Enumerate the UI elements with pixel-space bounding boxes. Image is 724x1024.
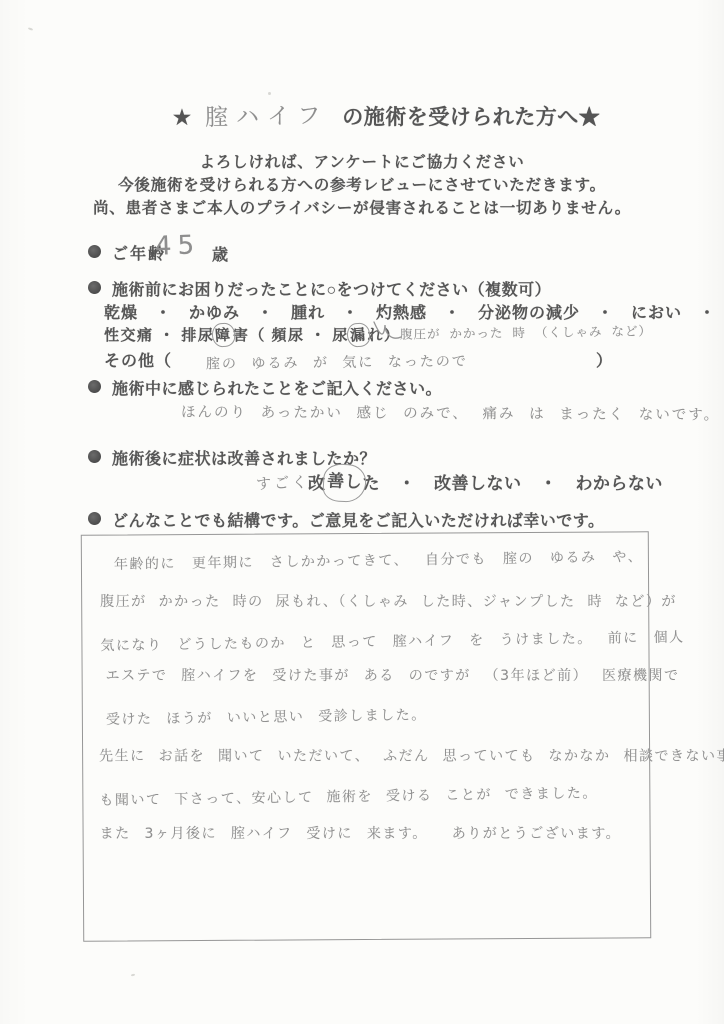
row2-note-handwritten: 腹圧が かかった 時 （くしゃみ など） bbox=[400, 321, 652, 343]
options-row2-text: 性交痛 ・ 排尿 bbox=[104, 327, 214, 344]
pre-treatment-question: 施術前にお困りだったことに○をつけてください（複数可） bbox=[112, 277, 551, 300]
options-row2-text: 害（ 頻尿 ・ 尿 bbox=[233, 327, 349, 344]
scan-speck bbox=[28, 27, 33, 31]
comment-line: 腹圧が かかった 時の 尿もれ、（くしゃみ した時、ジャンプした 時 など）が bbox=[100, 591, 677, 611]
other-option-label: その他（ bbox=[104, 348, 172, 371]
age-value-handwritten: 45 bbox=[154, 230, 200, 262]
title-text: の施術を受けられた方へ★ bbox=[342, 101, 600, 131]
comment-line: 気になり どうしたものか と 思って 腟ハイフ を うけました。 前に 個人 bbox=[100, 627, 684, 656]
option-unknown: わからない bbox=[575, 474, 663, 493]
bullet-icon bbox=[88, 450, 101, 463]
intro-line: 尚、患者さまご本人のプライバシーが侵害されることは一切ありません。 bbox=[0, 197, 724, 220]
comment-line: 受けた ほうが いいと思い 受診しました。 bbox=[106, 704, 427, 729]
bullet-icon bbox=[88, 281, 101, 294]
option-separator: ・ bbox=[540, 474, 558, 493]
other-option-close-paren: ） bbox=[596, 348, 612, 371]
during-treatment-answer-handwritten: ほんのり あったかい 感じ のみで、 痛み は まったく ないです。 bbox=[181, 401, 720, 425]
hand-circle-mark: 善し bbox=[322, 463, 367, 503]
bullet-icon bbox=[88, 245, 101, 258]
handwritten-swash-icon bbox=[368, 320, 402, 346]
comment-line: エステで 腟ハイフを 受けた事が ある のですが （3年ほど前） 医療機関で bbox=[106, 665, 680, 685]
intro-paragraph: よろしければ、アンケートにご協力ください 今後施術を受けられる方への参考レビュー… bbox=[0, 151, 724, 220]
comment-line: また 3ヶ月後に 腟ハイフ 受けに 来ます。 ありがとうございます。 bbox=[100, 823, 622, 843]
hand-circle-mark: 漏 bbox=[346, 322, 371, 348]
page-title: ★ 腟ハイフ の施術を受けられた方へ★ bbox=[173, 98, 600, 131]
scan-speck bbox=[131, 974, 135, 977]
comments-box: 年齢的に 更年期に さしかかってきて、 自分でも 腟の ゆるみ や、 腹圧が か… bbox=[81, 531, 651, 941]
option-improved: 改善した bbox=[308, 474, 380, 493]
comment-line: も聞いて 下さって、安心して 施術を 受ける ことが できました。 bbox=[99, 782, 598, 809]
hand-circle-mark: 障 bbox=[211, 322, 236, 348]
other-option-value-handwritten: 腟の ゆるみ が 気に なったので bbox=[206, 351, 468, 374]
comments-question: どんなことでも結構です。ご意見をご記入いただければ幸いです。 bbox=[112, 508, 604, 531]
bullet-icon bbox=[88, 512, 101, 525]
comment-line: 年齢的に 更年期に さしかかってきて、 自分でも 腟の ゆるみ や、 bbox=[114, 546, 643, 574]
option-separator: ・ bbox=[398, 474, 416, 493]
star-icon: ★ bbox=[173, 105, 191, 130]
intro-line: 今後施術を受けられる方への参考レビューにさせていただきます。 bbox=[0, 174, 724, 197]
option-not-improved: 改善しない bbox=[434, 474, 522, 493]
pre-treatment-options-row1: 乾燥 ・ かゆみ ・ 腫れ ・ 灼熱感 ・ 分泌物の減少 ・ におい ・ bbox=[104, 300, 716, 323]
intro-line: よろしければ、アンケートにご協力ください bbox=[0, 151, 724, 174]
after-treatment-options: 改善した ・ 改善しない ・ わからない bbox=[308, 469, 663, 494]
scan-speck bbox=[268, 92, 271, 95]
title-procedure-handwritten: 腟ハイフ bbox=[205, 97, 329, 132]
pre-treatment-options-row2: 性交痛 ・ 排尿障害（ 頻尿 ・ 尿漏れ） bbox=[104, 324, 400, 346]
bullet-icon bbox=[88, 380, 101, 393]
during-treatment-question: 施術中に感じられたことをご記入ください。 bbox=[112, 376, 442, 399]
degree-handwritten: すごく bbox=[256, 471, 311, 494]
scanned-questionnaire-page: { "ink": { "print": "#555555", "handwrit… bbox=[0, 0, 724, 1024]
comment-line: 先生に お話を 聞いて いただいて、 ふだん 思っていても なかなか 相談できな… bbox=[99, 746, 724, 766]
age-unit: 歳 bbox=[212, 242, 228, 265]
